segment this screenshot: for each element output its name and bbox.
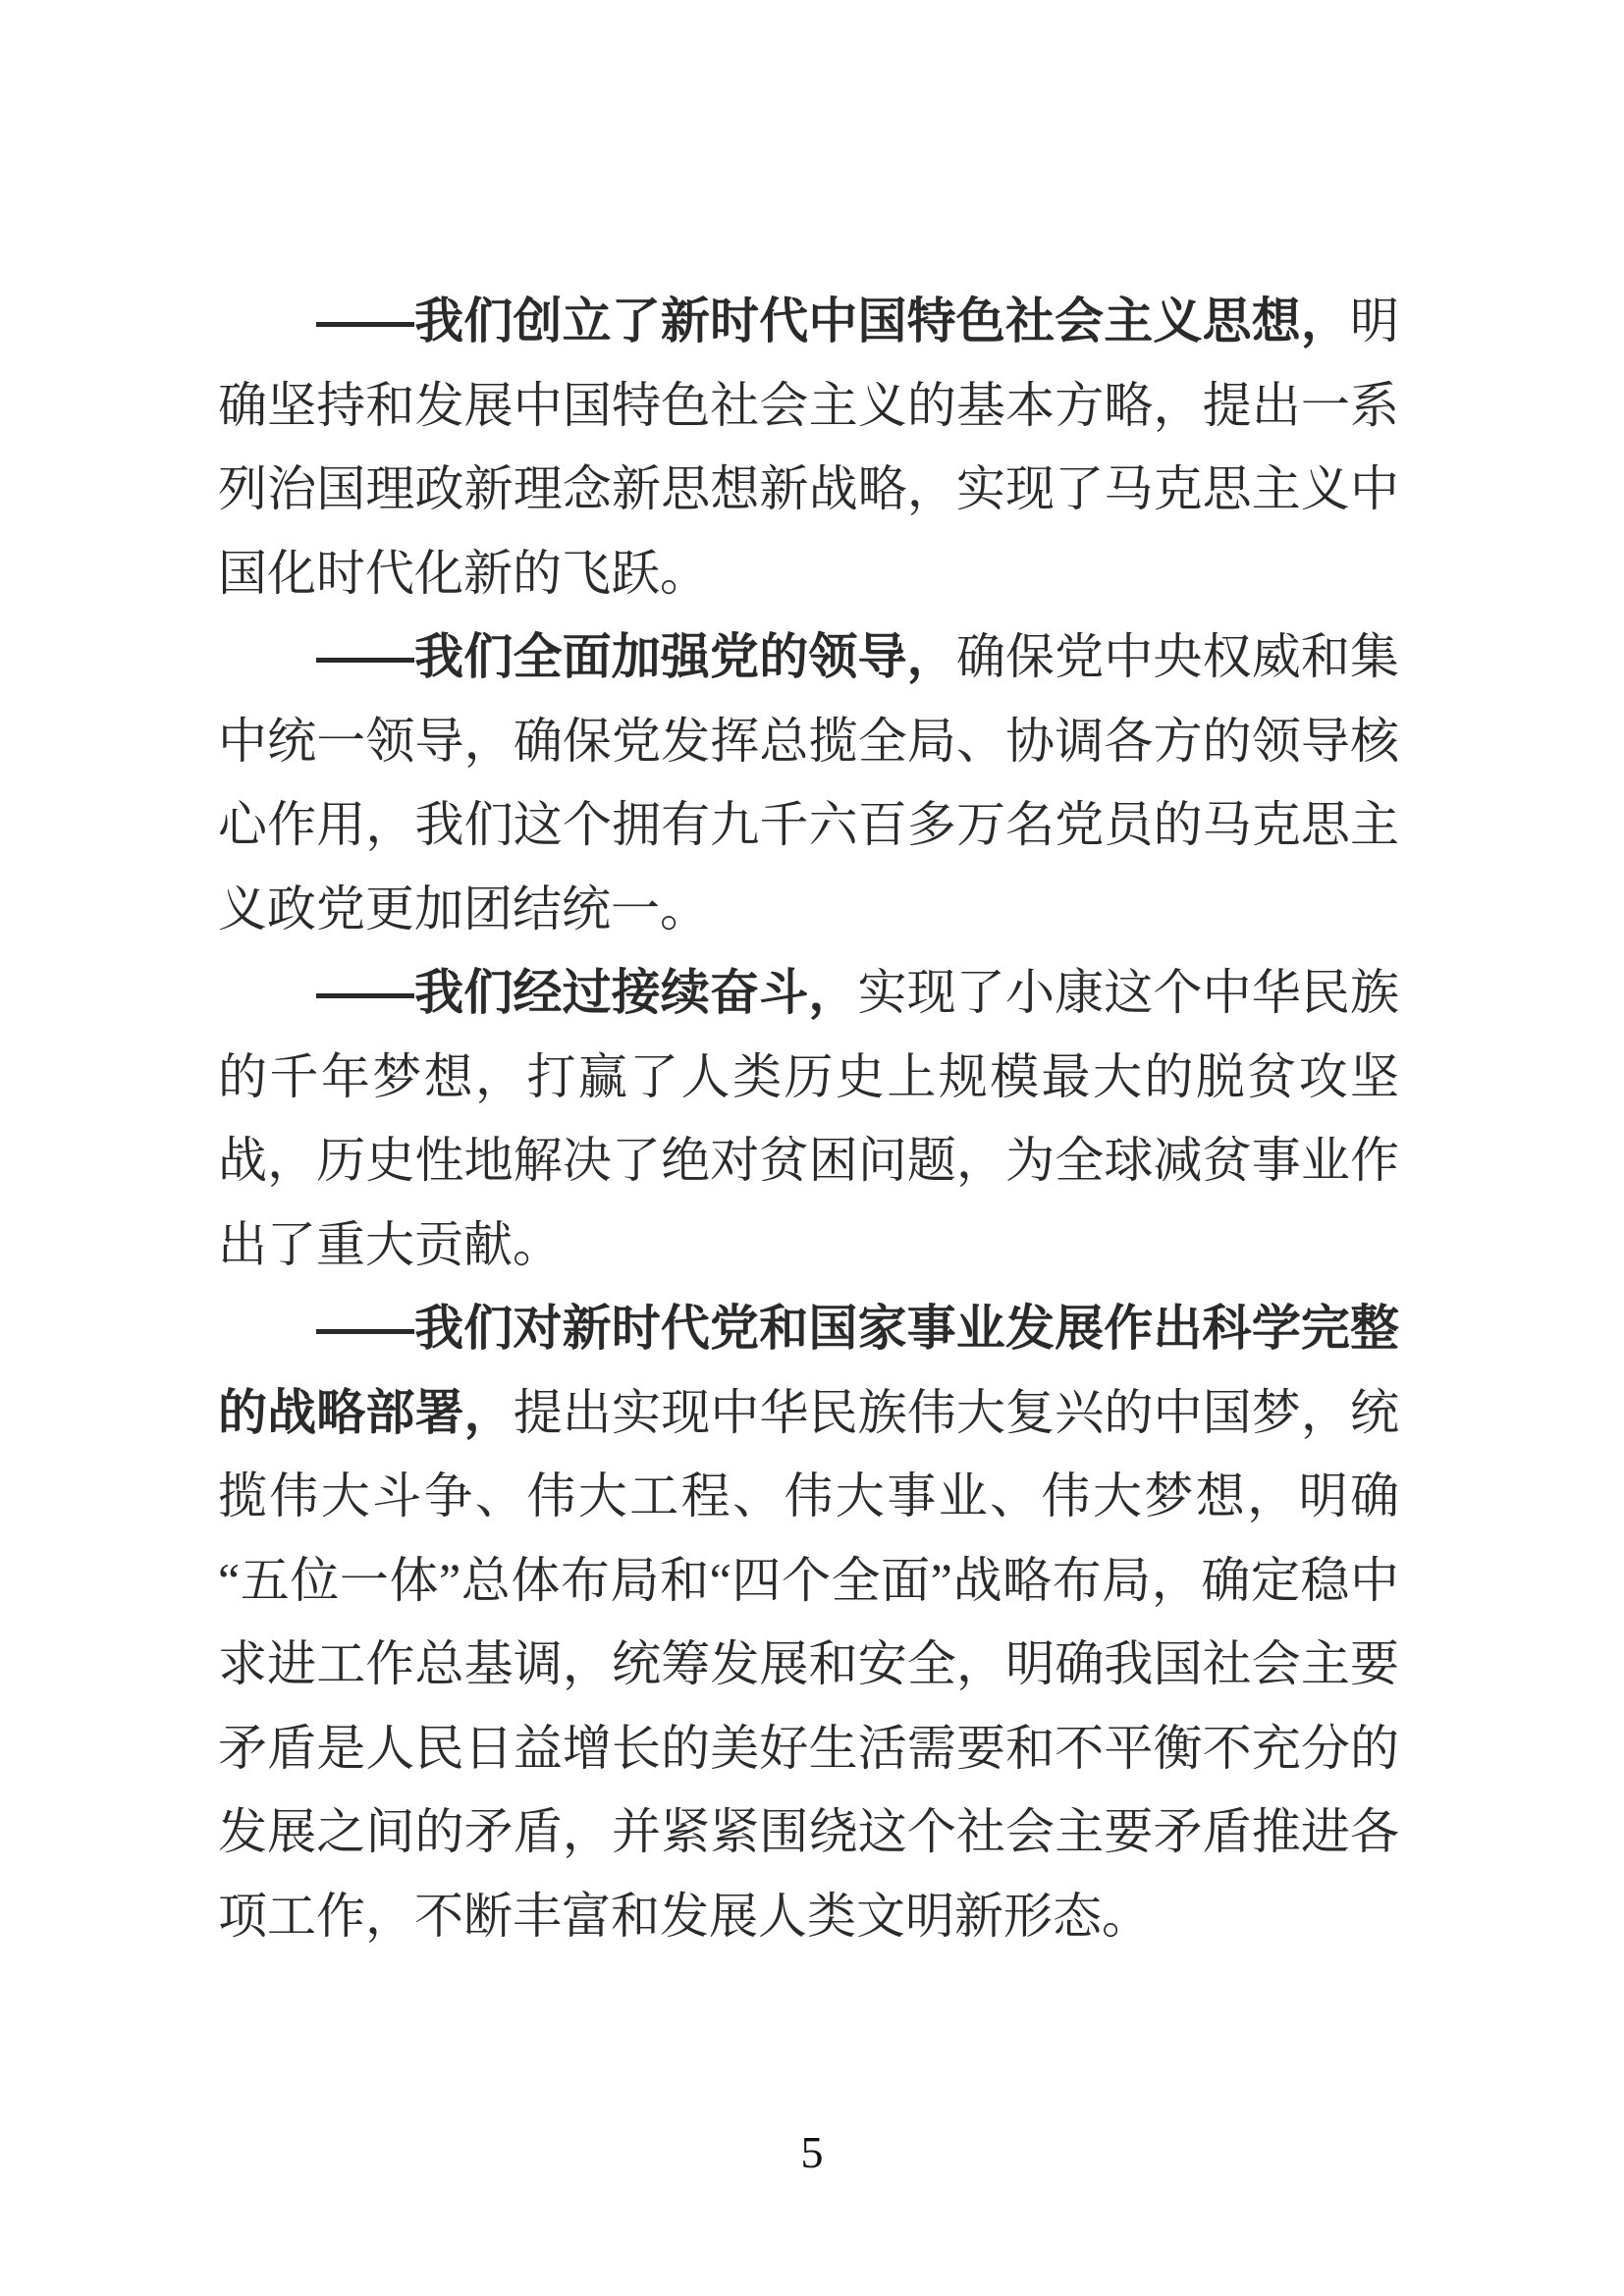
paragraph-lead: ——我们全面加强党的领导，	[316, 629, 956, 684]
paragraph-text: 提出实现中华民族伟大复兴的中国梦，统揽伟大斗争、伟大工程、伟大事业、伟大梦想，明…	[218, 1385, 1399, 1944]
document-body: ——我们创立了新时代中国特色社会主义思想，明确坚持和发展中国特色社会主义的基本方…	[218, 280, 1399, 1958]
paragraph-lead: ——我们经过接续奋斗，	[316, 965, 858, 1020]
paragraph-lead: ——我们创立了新时代中国特色社会主义思想，	[316, 294, 1350, 348]
document-page: ——我们创立了新时代中国特色社会主义思想，明确坚持和发展中国特色社会主义的基本方…	[0, 0, 1624, 2296]
page-number: 5	[0, 2128, 1624, 2177]
paragraph: ——我们对新时代党和国家事业发展作出科学完整的战略部署，提出实现中华民族伟大复兴…	[218, 1287, 1399, 1958]
paragraph: ——我们全面加强党的领导，确保党中央权威和集中统一领导，确保党发挥总揽全局、协调…	[218, 615, 1399, 951]
paragraph: ——我们创立了新时代中国特色社会主义思想，明确坚持和发展中国特色社会主义的基本方…	[218, 280, 1399, 615]
paragraph: ——我们经过接续奋斗，实现了小康这个中华民族的千年梦想，打赢了人类历史上规模最大…	[218, 951, 1399, 1287]
